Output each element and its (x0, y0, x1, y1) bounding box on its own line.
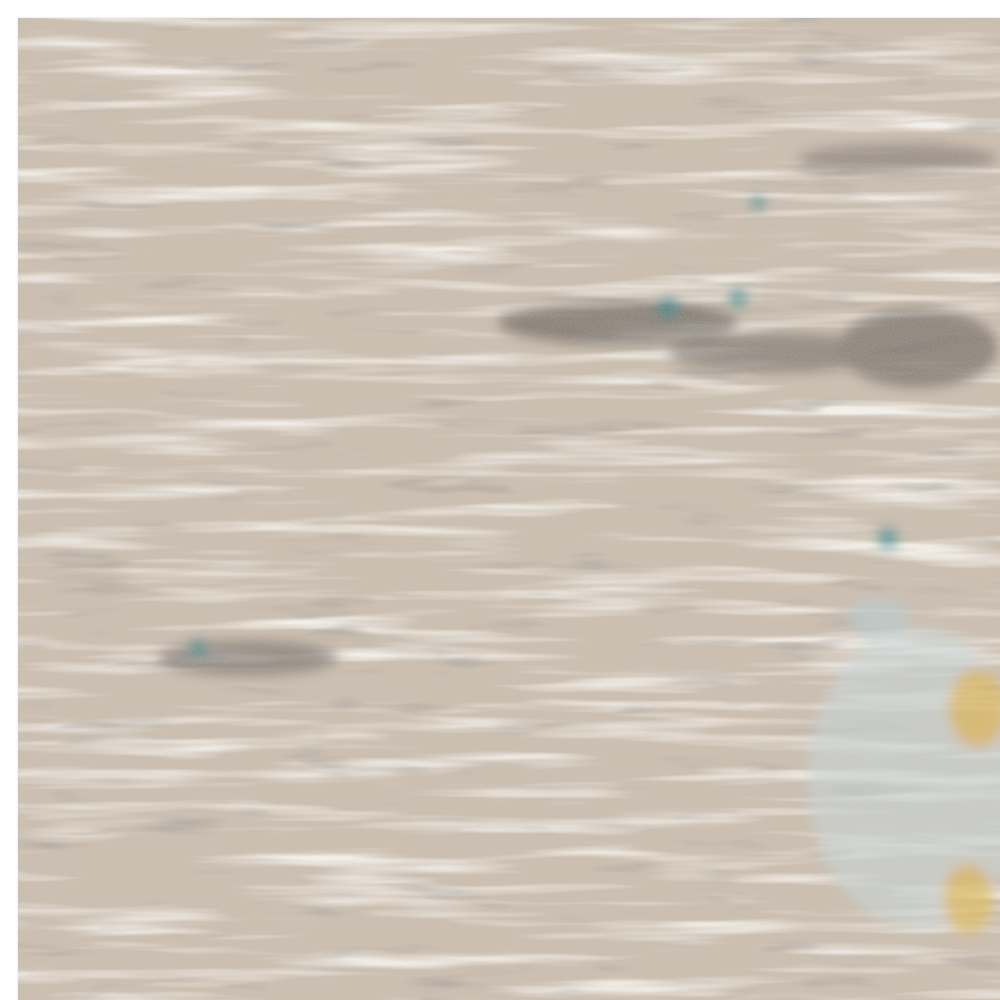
rug-photo (18, 18, 1000, 1000)
rug-texture (18, 18, 1000, 1000)
